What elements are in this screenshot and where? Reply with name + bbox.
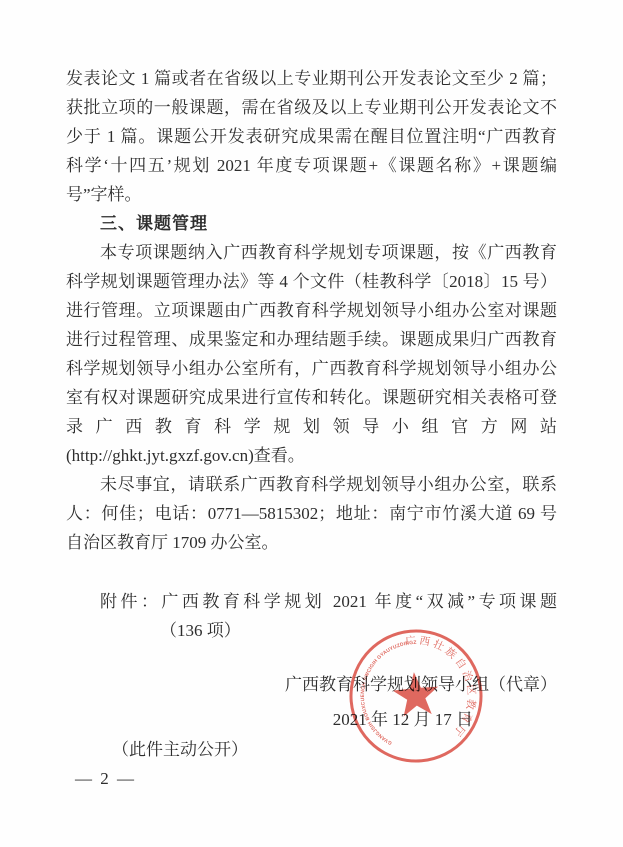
section-heading: 三、课题管理	[66, 209, 557, 238]
signature-block: 广西教育科学规划领导小组（代章） 2021 年 12 月 17 日	[66, 670, 557, 734]
body-line: 进行过程管理、成果鉴定和办理结题手续。课题成果归广西教育	[66, 325, 557, 354]
body-line: 人：何佳；电话：0771—5815302；地址：南宁市竹溪大道 69 号	[66, 499, 557, 528]
paragraph-contact: 未尽事宜，请联系广西教育科学规划领导小组办公室，联系 人：何佳；电话：0771—…	[66, 470, 557, 557]
body-line: 号”字样。	[66, 180, 557, 209]
document-body: 发表论文 1 篇或者在省级以上专业期刊公开发表论文至少 2 篇； 获批立项的一般…	[66, 64, 557, 793]
paragraph-management: 本专项课题纳入广西教育科学规划专项课题，按《广西教育 科学规划课题管理办法》等 …	[66, 238, 557, 470]
body-line: 室有权对课题研究成果进行宣传和转化。课题研究相关表格可登	[66, 383, 557, 412]
body-line: 本专项课题纳入广西教育科学规划专项课题，按《广西教育	[66, 238, 557, 267]
scanned-document-page: 发表论文 1 篇或者在省级以上专业期刊公开发表论文至少 2 篇； 获批立项的一般…	[0, 0, 623, 847]
body-line: 科学‘十四五’规划 2021 年度专项课题+《课题名称》+课题编	[66, 151, 557, 180]
disclosure-note: （此件主动公开）	[112, 735, 557, 764]
body-line: 自治区教育厅 1709 办公室。	[66, 528, 557, 557]
body-line: 获批立项的一般课题，需在省级及以上专业期刊公开发表论文不	[66, 93, 557, 122]
body-line: 少于 1 篇。课题公开发表研究成果需在醒目位置注明“广西教育	[66, 122, 557, 151]
body-line: 科学规划领导小组办公室所有，广西教育科学规划领导小组办公	[66, 354, 557, 383]
attachment-count: （136 项）	[160, 616, 557, 645]
body-line: 进行管理。立项课题由广西教育科学规划领导小组办公室对课题	[66, 296, 557, 325]
attachment-note: 附件：广西教育科学规划 2021 年度“双减”专项课题 （136 项）	[66, 587, 557, 645]
paragraph-continuation: 发表论文 1 篇或者在省级以上专业期刊公开发表论文至少 2 篇； 获批立项的一般…	[66, 64, 557, 209]
body-line: 未尽事宜，请联系广西教育科学规划领导小组办公室，联系	[66, 470, 557, 499]
body-line: 发表论文 1 篇或者在省级以上专业期刊公开发表论文至少 2 篇；	[66, 64, 557, 93]
attachment-title: 附件：广西教育科学规划 2021 年度“双减”专项课题	[66, 587, 557, 616]
body-line website-line: (http://ghkt.jyt.gxzf.gov.cn)查看。	[66, 441, 557, 470]
body-line: 录广西教育科学规划领导小组官方网站	[66, 412, 557, 441]
signature-organization: 广西教育科学规划领导小组（代章）	[66, 670, 557, 699]
page-number: — 2 —	[75, 764, 557, 793]
signature-date: 2021 年 12 月 17 日	[66, 705, 473, 734]
body-line: 科学规划课题管理办法》等 4 个文件（桂教科学〔2018〕15 号）	[66, 267, 557, 296]
